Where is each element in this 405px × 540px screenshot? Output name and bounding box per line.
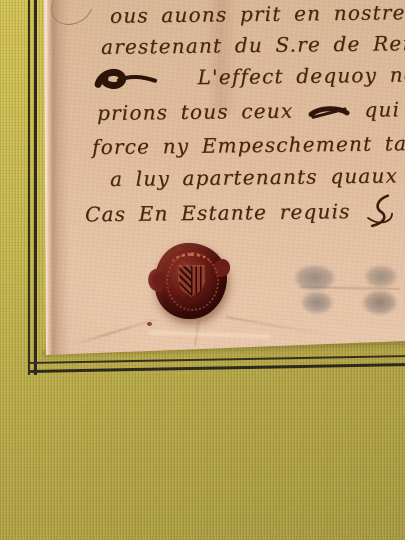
bold-ink-flourish	[93, 66, 159, 93]
manuscript-line: L'effect dequoy nous def	[93, 62, 405, 93]
crossed-out-word	[308, 103, 350, 120]
photo-of-manuscript: ous auons prit en nostre arestenant du S…	[0, 0, 405, 540]
manuscript-line: a luy apartenants quaux ha	[110, 163, 405, 191]
manuscript-text: force ny Empeschement tant	[92, 131, 405, 159]
manuscript-text: a luy apartenants quaux ha	[110, 163, 405, 191]
manuscript-text: prions tous ceux	[97, 99, 294, 125]
frame-line-thin	[28, 0, 30, 375]
manuscript-line: force ny Empeschement tant	[92, 131, 405, 159]
red-wax-seal	[155, 243, 227, 319]
paraph-swash	[366, 194, 394, 228]
manuscript-text: qui s	[364, 97, 405, 122]
manuscript-text: L'effect dequoy nous def	[197, 62, 405, 90]
manuscript-text: ous auons prit en nostre	[110, 0, 405, 28]
manuscript-line: Cas En Estante requis fait a	[85, 193, 405, 232]
wax-droplet	[147, 322, 152, 326]
manuscript-line: ous auons prit en nostre	[110, 0, 405, 28]
manuscript-text: arestenant du S.re de Ren	[101, 31, 405, 59]
frame-border-vertical	[27, 0, 39, 375]
manuscript-text: Cas En Estante requis	[85, 199, 351, 226]
manuscript-line: prions tous ceux qui s	[97, 97, 405, 125]
manuscript-line: arestenant du S.re de Ren	[101, 31, 405, 59]
frame-line-thick	[34, 0, 37, 375]
faded-ink-stamp	[285, 258, 347, 320]
